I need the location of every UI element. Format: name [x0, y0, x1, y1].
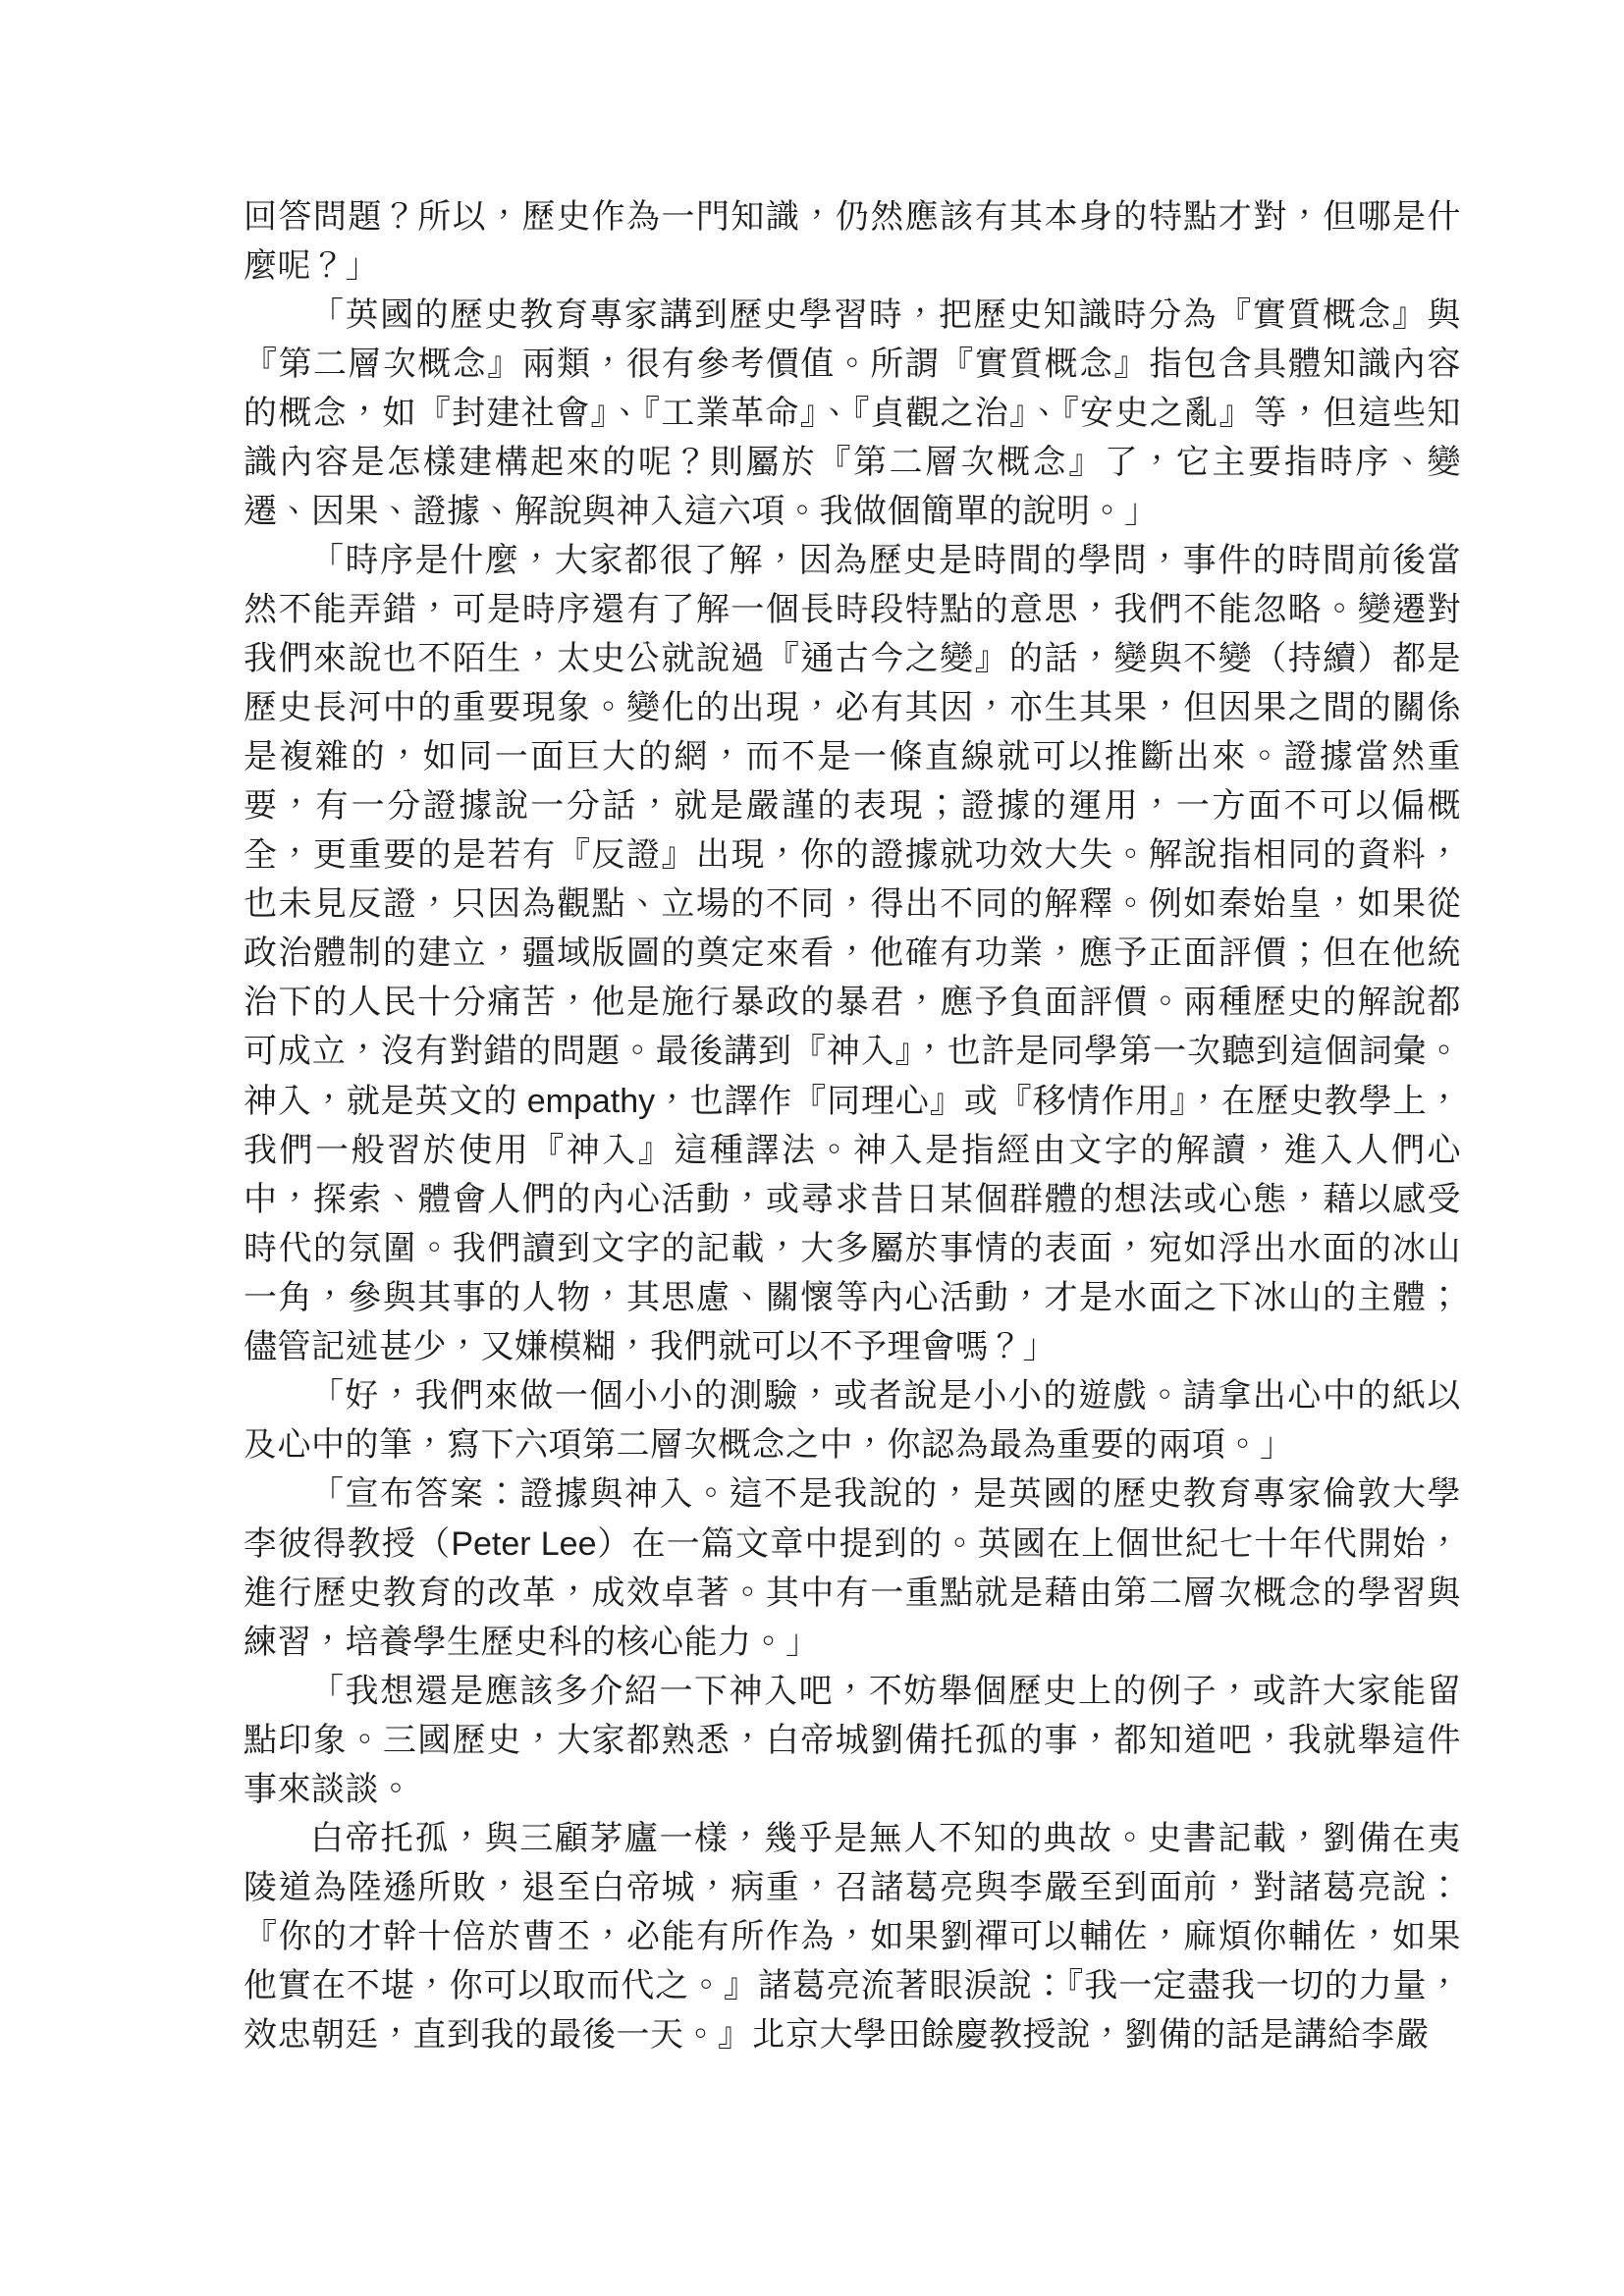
paragraph-text: 白帝托孤，與三顧茅廬一樣，幾乎是無人不知的典故。史書記載，劉備在夷陵道為陸遜所敗…: [244, 1821, 1461, 2054]
paragraph-text: 「時序是什麼，大家都很了解，因為歷史是時間的學問，事件的時間前後當然不能弄錯，可…: [244, 543, 1461, 1120]
paragraph-text: 「英國的歷史教育專家講到歷史學習時，把歷史知識時分為『實質概念』與『第二層次概念…: [244, 297, 1461, 530]
paragraph-text: 「好，我們來做一個小小的測驗，或者說是小小的遊戲。請拿出心中的紙以及心中的筆，寫…: [244, 1378, 1461, 1464]
paragraph-empathy-example-intro: 「我想還是應該多介紹一下神入吧，不妨舉個歷史上的例子，或許大家能留點印象。三國歷…: [244, 1668, 1461, 1815]
text-column: 回答問題？所以，歷史作為一門知識，仍然應該有其本身的特點才對，但哪是什麼呢？」 …: [244, 193, 1461, 2060]
latin-name-peter-lee: Peter Lee: [451, 1525, 596, 1563]
paragraph-baidi-entrustment: 白帝托孤，與三顧茅廬一樣，幾乎是無人不知的典故。史書記載，劉備在夷陵道為陸遜所敗…: [244, 1815, 1461, 2060]
paragraph-text: 「我想還是應該多介紹一下神入吧，不妨舉個歷史上的例子，或許大家能留點印象。三國歷…: [244, 1674, 1461, 1808]
document-page: 回答問題？所以，歷史作為一門知識，仍然應該有其本身的特點才對，但哪是什麼呢？」 …: [0, 0, 1624, 2296]
paragraph-six-concepts-explained: 「時序是什麼，大家都很了解，因為歷史是時間的學問，事件的時間前後當然不能弄錯，可…: [244, 537, 1461, 1372]
paragraph-quiz: 「好，我們來做一個小小的測驗，或者說是小小的遊戲。請拿出心中的紙以及心中的筆，寫…: [244, 1372, 1461, 1470]
paragraph-answer-peter-lee: 「宣布答案：證據與神入。這不是我說的，是英國的歷史教育專家倫敦大學李彼得教授（P…: [244, 1470, 1461, 1668]
latin-term-empathy: empathy: [527, 1083, 655, 1120]
paragraph-text: 回答問題？所以，歷史作為一門知識，仍然應該有其本身的特點才對，但哪是什麼呢？」: [244, 199, 1461, 285]
paragraph-substantive-concepts: 「英國的歷史教育專家講到歷史學習時，把歷史知識時分為『實質概念』與『第二層次概念…: [244, 292, 1461, 537]
paragraph-continuation: 回答問題？所以，歷史作為一門知識，仍然應該有其本身的特點才對，但哪是什麼呢？」: [244, 193, 1461, 292]
paragraph-text: ，也譯作『同理心』或『移情作用』，在歷史教學上，我們一般習於使用『神入』這種譯法…: [244, 1084, 1461, 1365]
